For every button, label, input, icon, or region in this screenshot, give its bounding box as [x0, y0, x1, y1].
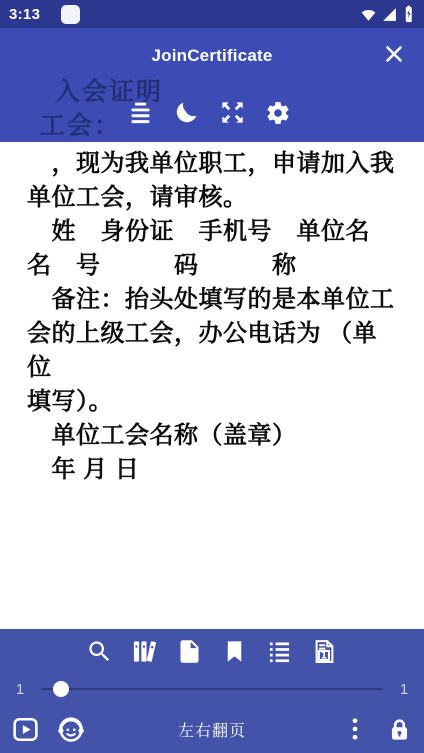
bookmark-button[interactable]	[221, 638, 248, 665]
video-play-button[interactable]	[11, 715, 40, 744]
bottom-bar: 左右翻页	[0, 705, 424, 753]
contents-list-icon	[266, 638, 293, 665]
listen-headphones-face-icon	[55, 713, 87, 745]
more-menu-button[interactable]	[344, 716, 366, 742]
page-current-label: 1	[14, 681, 26, 698]
document-line: ，现为我单位职工，申请加入我	[27, 147, 397, 181]
night-mode-button[interactable]	[173, 99, 200, 126]
fullscreen-button[interactable]	[219, 99, 246, 126]
settings-gear-icon	[265, 100, 292, 126]
reader-header: 入会证明 工会： JoinCertificate	[0, 28, 424, 142]
wifi-icon	[360, 6, 377, 23]
lock-button[interactable]	[386, 716, 413, 743]
settings-button[interactable]	[265, 99, 292, 126]
library-books-icon	[131, 638, 158, 665]
bookmark-icon	[221, 638, 248, 665]
battery-charging-icon	[402, 4, 415, 24]
more-menu-icon	[344, 716, 366, 742]
bottom-bar-right	[344, 716, 413, 743]
status-bar: 3:13	[0, 0, 424, 28]
document-line: 单位工会名称（盖章）	[27, 419, 397, 453]
notification-app-icon	[61, 5, 80, 24]
status-icons	[360, 4, 415, 24]
goto-page-icon: 1	[311, 638, 338, 665]
document-line: 填写）。	[27, 385, 397, 419]
document-line: 年 月 日	[27, 453, 397, 487]
fullscreen-icon	[219, 99, 246, 126]
search-button[interactable]	[86, 638, 113, 665]
document-bg-line: 工会：	[40, 106, 121, 142]
page-total-label: 1	[398, 681, 410, 698]
contents-button[interactable]	[266, 638, 293, 665]
goto-page-number: 1	[321, 650, 328, 661]
document-line: 会的上级工会，办公电话为 （单位	[27, 317, 397, 385]
video-play-icon	[11, 715, 40, 744]
line-spacing-icon	[127, 99, 154, 126]
goto-page-button[interactable]: 1	[311, 638, 338, 665]
listen-button[interactable]	[55, 713, 87, 745]
app-screen: 3:13 入会证明 工会： JoinCertificate	[0, 0, 424, 753]
page-slider-row: 1 1	[0, 673, 424, 705]
cellular-signal-icon	[381, 6, 398, 23]
lock-icon	[386, 716, 413, 743]
reader-bottom-panel: 1 1 1	[0, 629, 424, 753]
search-icon	[86, 638, 113, 665]
library-button[interactable]	[131, 638, 158, 665]
file-button[interactable]	[176, 638, 203, 665]
close-icon	[382, 54, 406, 69]
page-title: JoinCertificate	[0, 46, 424, 66]
document-line: 备注：抬头处填写的是本单位工	[27, 283, 397, 317]
night-mode-icon	[173, 99, 200, 126]
line-spacing-button[interactable]	[127, 99, 154, 126]
document-page[interactable]: ，现为我单位职工，申请加入我 单位工会，请审核。 姓 身份证 手机号 单位名 名…	[0, 142, 424, 629]
reader-toolbar: 1	[0, 629, 424, 673]
document-line: 名 号 码 称	[27, 249, 397, 283]
file-icon	[176, 638, 203, 665]
page-mode-button[interactable]: 左右翻页	[172, 717, 252, 742]
clock: 3:13	[9, 6, 40, 23]
document-line: 单位工会，请审核。	[27, 181, 397, 215]
page-slider-thumb[interactable]	[53, 681, 69, 697]
close-button[interactable]	[380, 40, 408, 68]
document-line: 姓 身份证 手机号 单位名	[27, 215, 397, 249]
page-slider[interactable]	[41, 688, 383, 690]
header-toolbar	[127, 99, 292, 126]
